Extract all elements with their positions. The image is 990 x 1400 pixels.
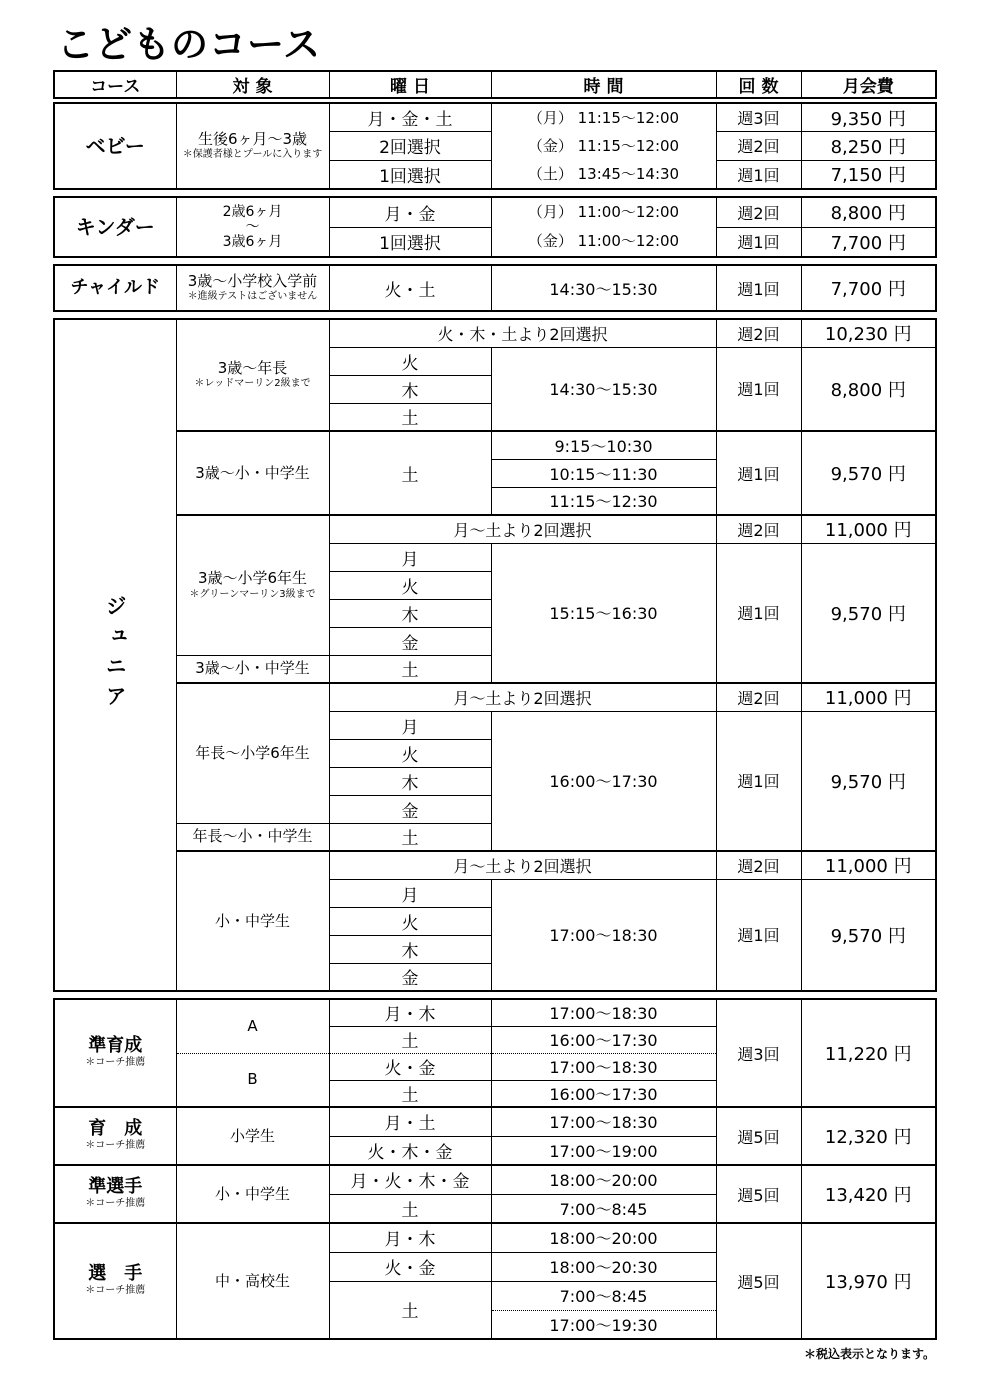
- junior-g3-fee: 9,570 円: [801, 543, 936, 683]
- baby-fee-0: 9,350 円: [801, 103, 936, 132]
- junior-g2-day: 土: [329, 431, 491, 515]
- child-target-label: 3歳～小学校入学前: [177, 272, 329, 291]
- junior-g3-select-freq: 週2回: [716, 515, 801, 543]
- junior-g5-day-1: 火: [329, 907, 491, 935]
- junior-g4-select: 月～土より2回選択: [329, 683, 716, 711]
- junior-course-name: ジュニア: [100, 595, 130, 715]
- junior-g1-select-freq: 週2回: [716, 319, 801, 347]
- ikusei-course-name: 育 成: [55, 1119, 176, 1139]
- baby-fee-2: 7,150 円: [801, 160, 936, 189]
- kinder-target-line-2: 3歳6ヶ月: [177, 235, 329, 250]
- kinder-fee-0: 8,800 円: [801, 197, 936, 227]
- pre-senshu-course-name: 準選手: [55, 1177, 176, 1197]
- senshu-sat-time-0: 7:00～8:45: [491, 1281, 716, 1310]
- baby-time-cell: （月） 11:15～12:00 （金） 11:15～12:00 （土） 13:4…: [491, 103, 716, 189]
- kinder-course-name: キンダー: [55, 216, 176, 238]
- header-freq: 回 数: [716, 71, 801, 98]
- junior-g5-day-3: 金: [329, 963, 491, 991]
- child-time: 14:30～15:30: [491, 265, 716, 311]
- kinder-day-1: 1回選択: [329, 227, 491, 257]
- junior-g3-day-1: 火: [329, 571, 491, 599]
- senshu-course-cell: 選 手 ＊コーチ推薦: [54, 1223, 176, 1339]
- kinder-course-cell: キンダー: [54, 197, 176, 257]
- senshu-freq: 週5回: [716, 1223, 801, 1339]
- header-fee: 月会費: [801, 71, 936, 98]
- junior-g3-sat-target: 3歳～小・中学生: [176, 655, 329, 683]
- junior-g3-day-2: 木: [329, 599, 491, 627]
- junior-g4-day-0: 月: [329, 711, 491, 739]
- kinder-table: キンダー 2歳6ヶ月 ～ 3歳6ヶ月 月・金 （月） 11:00～12:00 （…: [53, 196, 937, 258]
- junior-g1-day-0: 火: [329, 347, 491, 375]
- header-time: 時 間: [491, 71, 716, 98]
- junior-g3-day-0: 月: [329, 543, 491, 571]
- kinder-freq-1: 週1回: [716, 227, 801, 257]
- junior-g3-time: 15:15～16:30: [491, 543, 716, 683]
- pre-ikusei-freq: 週3回: [716, 999, 801, 1107]
- child-table: チャイルド 3歳～小学校入学前 ＊進級テストはございません 火・土 14:30～…: [53, 264, 937, 312]
- senshu-time-1: 18:00～20:30: [491, 1252, 716, 1281]
- ikusei-target: 小学生: [176, 1107, 329, 1165]
- junior-g2-time-1: 10:15～11:30: [491, 459, 716, 487]
- junior-g1-select: 火・木・土より2回選択: [329, 319, 716, 347]
- junior-g1-target-label: 3歳～年長: [177, 359, 329, 378]
- junior-g5-select-freq: 週2回: [716, 851, 801, 879]
- junior-g5-fee: 9,570 円: [801, 879, 936, 991]
- page-title: こどものコース: [57, 14, 321, 68]
- kinder-time-1: （金） 11:00～12:00: [492, 227, 716, 256]
- pre-ikusei-a-day-0: 月・木: [329, 999, 491, 1026]
- junior-g4-fee: 9,570 円: [801, 711, 936, 851]
- junior-g4-select-fee: 11,000 円: [801, 683, 936, 711]
- pre-ikusei-course-name: 準育成: [55, 1036, 176, 1056]
- senshu-day-0: 月・木: [329, 1223, 491, 1252]
- kinder-freq-0: 週2回: [716, 197, 801, 227]
- junior-g4-time: 16:00～17:30: [491, 711, 716, 851]
- pre-senshu-time-0: 18:00～20:00: [491, 1165, 716, 1194]
- header-table: コース 対 象 曜 日 時 間 回 数 月会費: [53, 70, 937, 99]
- junior-g5-select: 月～土より2回選択: [329, 851, 716, 879]
- pre-ikusei-b-day-1: 土: [329, 1080, 491, 1107]
- junior-g2-time-0: 9:15～10:30: [491, 431, 716, 459]
- pre-senshu-target: 小・中学生: [176, 1165, 329, 1223]
- pre-ikusei-b-day-0: 火・金: [329, 1053, 491, 1080]
- junior-g4-freq: 週1回: [716, 711, 801, 851]
- junior-g3-target-label: 3歳～小学6年生: [177, 569, 329, 588]
- junior-g1-target-note: ＊レッドマーリン2級まで: [177, 377, 329, 391]
- junior-g5-select-fee: 11,000 円: [801, 851, 936, 879]
- pre-ikusei-a-time-0: 17:00～18:30: [491, 999, 716, 1026]
- kinder-target-cell: 2歳6ヶ月 ～ 3歳6ヶ月: [176, 197, 329, 257]
- junior-g3-freq: 週1回: [716, 543, 801, 683]
- senshu-sat-day: 土: [329, 1281, 491, 1339]
- pre-ikusei-b-time-0: 17:00～18:30: [491, 1053, 716, 1080]
- junior-g2-freq: 週1回: [716, 431, 801, 515]
- junior-g3-select-fee: 11,000 円: [801, 515, 936, 543]
- junior-g3-day-3: 金: [329, 627, 491, 655]
- ikusei-freq: 週5回: [716, 1107, 801, 1165]
- baby-freq-1: 週2回: [716, 132, 801, 161]
- baby-freq-0: 週3回: [716, 103, 801, 132]
- baby-target-cell: 生後6ヶ月～3歳 ＊保護者様とプールに入ります: [176, 103, 329, 189]
- junior-g4-sat-target: 年長～小・中学生: [176, 823, 329, 851]
- baby-fee-1: 8,250 円: [801, 132, 936, 161]
- junior-g5-day-2: 木: [329, 935, 491, 963]
- junior-g4-day-2: 木: [329, 767, 491, 795]
- senshu-fee: 13,970 円: [801, 1223, 936, 1339]
- kinder-time-cell: （月） 11:00～12:00 （金） 11:00～12:00: [491, 197, 716, 257]
- junior-g4-sat-day: 土: [329, 823, 491, 851]
- child-fee: 7,700 円: [801, 265, 936, 311]
- child-freq: 週1回: [716, 265, 801, 311]
- ikusei-day-1: 火・木・金: [329, 1136, 491, 1165]
- junior-course-cell: ジュニア: [54, 319, 176, 991]
- ikusei-course-cell: 育 成 ＊コーチ推薦: [54, 1107, 176, 1165]
- junior-g3-sat-day: 土: [329, 655, 491, 683]
- ikusei-day-0: 月・土: [329, 1107, 491, 1136]
- baby-table: ベビー 生後6ヶ月～3歳 ＊保護者様とプールに入ります 月・金・土 （月） 11…: [53, 102, 937, 190]
- baby-time-0: （月） 11:15～12:00: [492, 104, 716, 132]
- junior-g1-day-1: 木: [329, 375, 491, 403]
- pre-senshu-fee: 13,420 円: [801, 1165, 936, 1223]
- senshu-time-0: 18:00～20:00: [491, 1223, 716, 1252]
- kinder-target-line-1: ～: [177, 220, 329, 235]
- baby-target-label: 生後6ヶ月～3歳: [177, 130, 329, 149]
- ikusei-time-1: 17:00～19:00: [491, 1136, 716, 1165]
- header-course: コース: [54, 71, 176, 98]
- child-course-cell: チャイルド: [54, 265, 176, 311]
- senshu-course-note: ＊コーチ推薦: [55, 1284, 176, 1298]
- junior-g4-day-3: 金: [329, 795, 491, 823]
- baby-freq-2: 週1回: [716, 160, 801, 189]
- junior-g4-day-1: 火: [329, 739, 491, 767]
- senshu-course-name: 選 手: [55, 1264, 176, 1284]
- kinder-target-line-0: 2歳6ヶ月: [177, 205, 329, 220]
- price-tables: コース 対 象 曜 日 時 間 回 数 月会費 ベビー 生後6ヶ月～3歳 ＊保護…: [53, 70, 935, 1362]
- kinder-day-0: 月・金: [329, 197, 491, 227]
- child-day: 火・土: [329, 265, 491, 311]
- junior-g1-select-fee: 10,230 円: [801, 319, 936, 347]
- ikusei-time-0: 17:00～18:30: [491, 1107, 716, 1136]
- baby-time-1: （金） 11:15～12:00: [492, 132, 716, 160]
- child-course-name: チャイルド: [55, 278, 176, 298]
- junior-g2-target-cell: 3歳～小・中学生: [176, 431, 329, 515]
- pre-ikusei-a-time-1: 16:00～17:30: [491, 1026, 716, 1053]
- junior-g3-select: 月～土より2回選択: [329, 515, 716, 543]
- pre-ikusei-target-b: B: [176, 1053, 329, 1107]
- pre-senshu-course-note: ＊コーチ推薦: [55, 1197, 176, 1211]
- pre-senshu-freq: 週5回: [716, 1165, 801, 1223]
- senshu-sat-time-1: 17:00～19:30: [491, 1310, 716, 1339]
- pre-senshu-day-0: 月・火・木・金: [329, 1165, 491, 1194]
- pre-ikusei-a-day-1: 土: [329, 1026, 491, 1053]
- pre-ikusei-course-note: ＊コーチ推薦: [55, 1056, 176, 1070]
- junior-g1-freq: 週1回: [716, 347, 801, 431]
- pre-ikusei-course-cell: 準育成 ＊コーチ推薦: [54, 999, 176, 1107]
- junior-g1-fee: 8,800 円: [801, 347, 936, 431]
- kinder-fee-1: 7,700 円: [801, 227, 936, 257]
- pre-senshu-day-1: 土: [329, 1194, 491, 1223]
- baby-day-0: 月・金・土: [329, 103, 491, 132]
- baby-course-name: ベビー: [55, 135, 176, 157]
- senshu-day-1: 火・金: [329, 1252, 491, 1281]
- senshu-target: 中・高校生: [176, 1223, 329, 1339]
- ikusei-fee: 12,320 円: [801, 1107, 936, 1165]
- child-target-cell: 3歳～小学校入学前 ＊進級テストはございません: [176, 265, 329, 311]
- junior-g2-fee: 9,570 円: [801, 431, 936, 515]
- child-target-note: ＊進級テストはございません: [177, 290, 329, 304]
- pre-senshu-time-1: 7:00～8:45: [491, 1194, 716, 1223]
- kinder-time-0: （月） 11:00～12:00: [492, 198, 716, 227]
- baby-course-cell: ベビー: [54, 103, 176, 189]
- junior-g5-day-0: 月: [329, 879, 491, 907]
- junior-g3-target-note: ＊グリーンマーリン3級まで: [177, 588, 329, 602]
- junior-g5-target-cell: 小・中学生: [176, 851, 329, 991]
- junior-g3-target-cell: 3歳～小学6年生 ＊グリーンマーリン3級まで: [176, 515, 329, 655]
- baby-day-1: 2回選択: [329, 132, 491, 161]
- advanced-table: 準育成 ＊コーチ推薦 A 月・木 17:00～18:30 週3回 11,220 …: [53, 998, 937, 1340]
- baby-time-2: （土） 13:45～14:30: [492, 160, 716, 188]
- pre-ikusei-fee: 11,220 円: [801, 999, 936, 1107]
- junior-g4-select-freq: 週2回: [716, 683, 801, 711]
- junior-g1-day-2: 土: [329, 403, 491, 431]
- junior-table: ジュニア 3歳～年長 ＊レッドマーリン2級まで 火・木・土より2回選択 週2回 …: [53, 318, 937, 992]
- pre-senshu-course-cell: 準選手 ＊コーチ推薦: [54, 1165, 176, 1223]
- pre-ikusei-target-a: A: [176, 999, 329, 1053]
- junior-g1-time: 14:30～15:30: [491, 347, 716, 431]
- junior-g5-freq: 週1回: [716, 879, 801, 991]
- header-target: 対 象: [176, 71, 329, 98]
- pre-ikusei-b-time-1: 16:00～17:30: [491, 1080, 716, 1107]
- junior-g4-target-cell: 年長～小学6年生: [176, 683, 329, 823]
- baby-target-note: ＊保護者様とプールに入ります: [177, 148, 329, 162]
- baby-day-2: 1回選択: [329, 160, 491, 189]
- junior-g5-time: 17:00～18:30: [491, 879, 716, 991]
- header-day: 曜 日: [329, 71, 491, 98]
- junior-g2-time-2: 11:15～12:30: [491, 487, 716, 515]
- junior-g1-target-cell: 3歳～年長 ＊レッドマーリン2級まで: [176, 319, 329, 431]
- ikusei-course-note: ＊コーチ推薦: [55, 1139, 176, 1153]
- tax-note: ＊税込表示となります。: [53, 1345, 935, 1362]
